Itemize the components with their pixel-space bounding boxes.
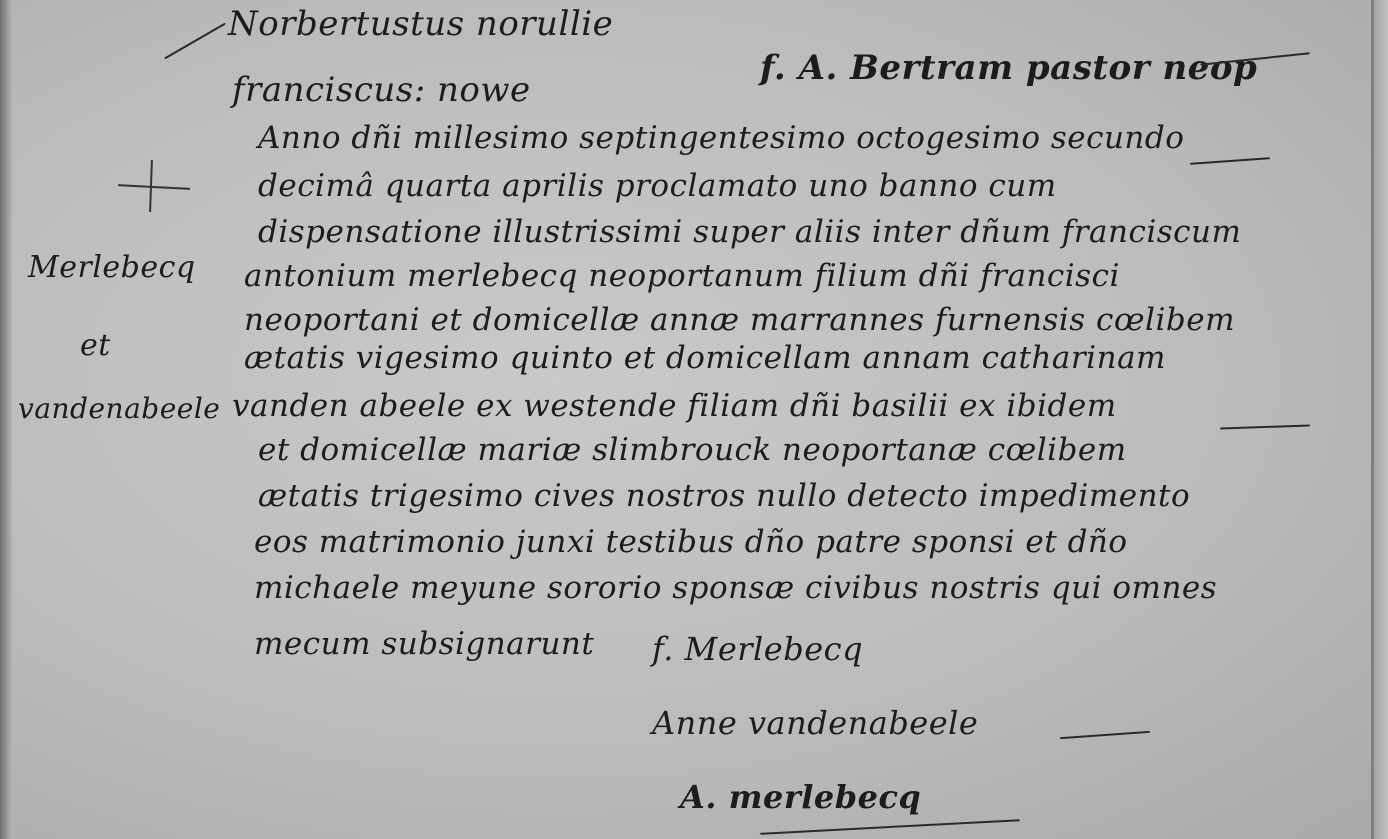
pastor-signature: f. A. Bertram pastor neop — [760, 48, 1257, 88]
body-line-2: decimâ quarta aprilis proclamato uno ban… — [258, 168, 1057, 204]
cross-mark-icon — [118, 160, 190, 212]
body-line-10: eos matrimonio junxi testibus dño patre … — [254, 524, 1128, 560]
binding-edge-left — [0, 0, 12, 839]
header-norbertus-line: Norbertustus norullie — [228, 4, 613, 44]
margin-name-vandenabeele: vandenabeele — [18, 392, 220, 425]
header-franciscus-line: franciscus: nowe — [232, 70, 531, 110]
body-line-11: michaele meyune sororio sponsæ civibus n… — [254, 570, 1217, 606]
margin-name-merlebecq: Merlebecq — [28, 250, 196, 285]
margin-et: et — [80, 328, 111, 363]
body-line-4: antonium merlebecq neoportanum filium dñ… — [244, 258, 1120, 294]
body-line-5: neoportani et domicellæ annæ marrannes f… — [244, 302, 1235, 338]
signature-anne-vandenabeele: Anne vandenabeele — [652, 704, 978, 742]
body-line-12: mecum subsignarunt — [254, 626, 594, 662]
signature-flourish — [1060, 731, 1150, 739]
page-edge-right — [1374, 0, 1388, 839]
body-line-3: dispensatione illustrissimi super aliis … — [258, 214, 1241, 250]
line-8-flourish — [1220, 424, 1310, 429]
body-line-9: ætatis trigesimo cives nostros nullo det… — [258, 478, 1190, 514]
body-line-6: ætatis vigesimo quinto et domicellam ann… — [244, 340, 1166, 376]
register-page: Norbertustus norullie franciscus: nowe f… — [0, 0, 1388, 839]
header-flourish — [164, 23, 226, 60]
final-underline-flourish — [760, 819, 1020, 835]
body-line-8: et domicellæ mariæ slimbrouck neoportanæ… — [258, 432, 1127, 468]
body-line-7: vanden abeele ex westende filiam dñi bas… — [232, 388, 1117, 424]
signature-a-merlebecq: A. merlebecq — [680, 778, 921, 816]
body-line-1: Anno dñi millesimo septingentesimo octog… — [258, 120, 1184, 156]
signature-f-merlebecq: f. Merlebecq — [652, 630, 863, 668]
line-2-flourish — [1190, 157, 1270, 165]
